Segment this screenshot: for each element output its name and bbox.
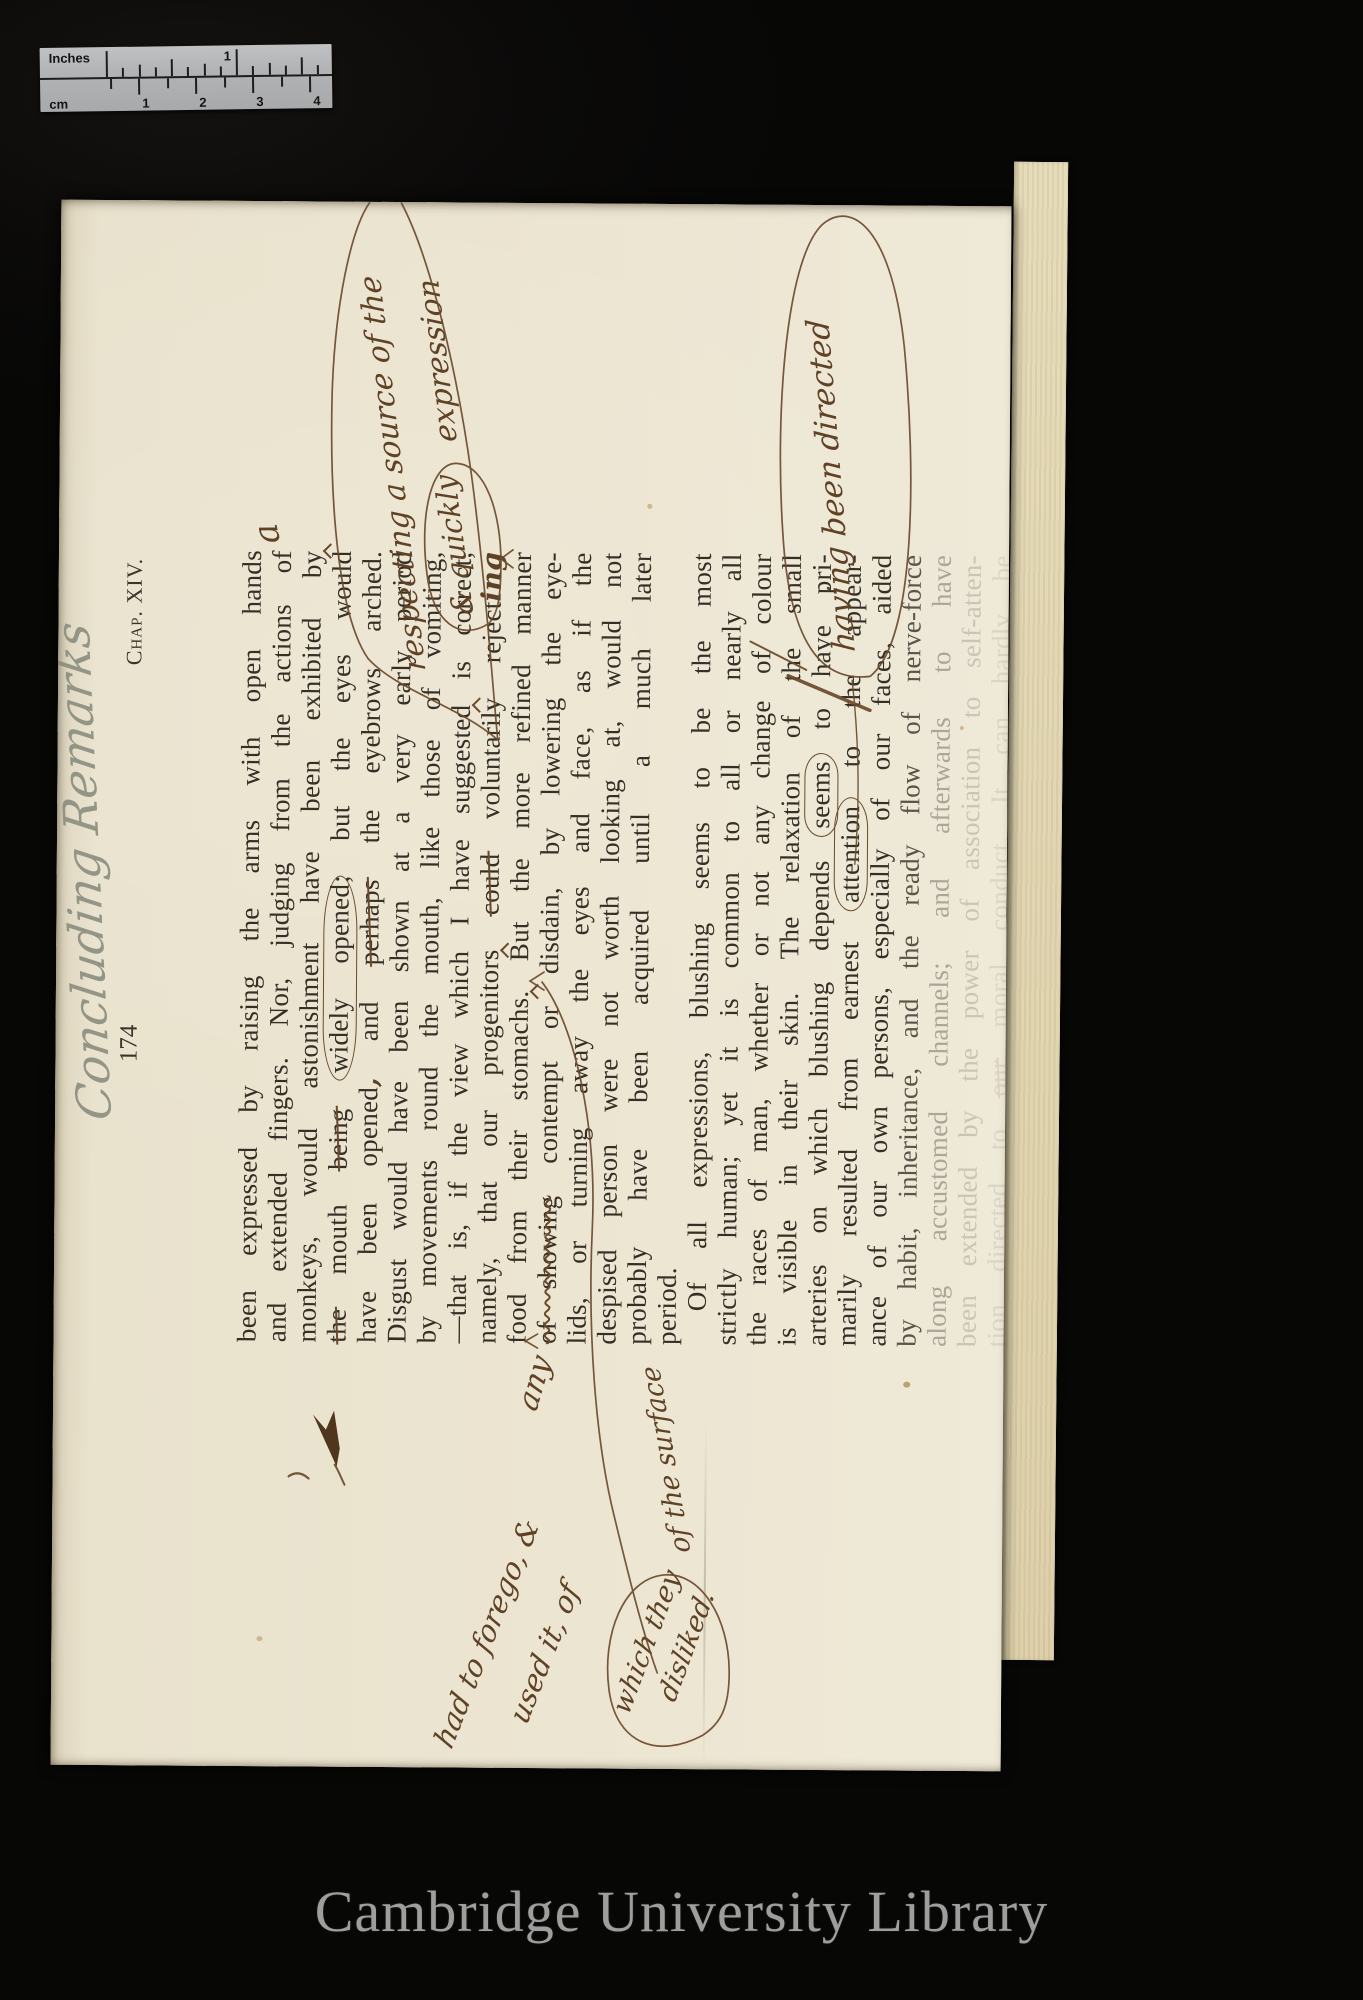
- ruler-tick: [138, 79, 140, 95]
- balloon-respecting-lower: [398, 203, 502, 740]
- balloon-disliked: [607, 1574, 730, 1746]
- ruler-tick: [203, 64, 205, 76]
- ruler-number: 2: [199, 95, 206, 110]
- caret-after-reject: [501, 550, 513, 568]
- ruler-tick: [106, 51, 108, 77]
- ruler-tick: [236, 49, 238, 75]
- margin-arrow-blot: [313, 1410, 340, 1466]
- ruler-number: 3: [256, 94, 263, 109]
- connector-to-margin-note: [537, 982, 662, 1673]
- ruler-tick: [155, 67, 157, 76]
- ruler-tick: [285, 66, 287, 75]
- ruler-tick: [220, 67, 222, 76]
- balloon-having-been-directed: [779, 216, 913, 678]
- ruler-number: 1: [224, 48, 231, 63]
- ruler-inch-ticks: [40, 44, 332, 48]
- ruler-tick: [195, 78, 197, 94]
- ruler-inch-numbers: 12: [40, 44, 332, 48]
- library-caption: Cambridge University Library: [0, 1878, 1363, 1945]
- ruler-number: 4: [313, 93, 320, 108]
- caret-before-food: [525, 1334, 537, 1348]
- ruler-cm-numbers: 12345: [40, 76, 332, 80]
- insertion-slash-bold: [788, 676, 870, 711]
- ruler-tick: [110, 79, 112, 89]
- ruler-tick: [301, 57, 303, 74]
- ruler-inch-scale: Inches 12: [40, 44, 332, 78]
- balloon-quickly: [424, 463, 502, 630]
- ruler-tick: [223, 77, 225, 87]
- scan-background: Inches 12 cm 12345 Concluding Remarks 17…: [0, 0, 1363, 2000]
- ruler-tick: [187, 67, 189, 76]
- ruler-tick: [317, 65, 319, 74]
- ruler-tick: [167, 78, 169, 88]
- insertion-slash: [750, 642, 806, 670]
- ink-balloons-overlay: [51, 200, 1012, 1772]
- ruler-tick: [138, 65, 140, 77]
- ruler-tick: [252, 77, 254, 93]
- ruler-inch-label: Inches: [49, 50, 90, 66]
- ruler-cm-ticks: [40, 76, 332, 80]
- page-content-rotated: Concluding Remarks 174 Chap. XIV. been e…: [51, 200, 1012, 1772]
- manuscript-page: Concluding Remarks 174 Chap. XIV. been e…: [51, 200, 1012, 1772]
- ruler-number: 1: [142, 96, 149, 111]
- ruler-tick: [171, 59, 173, 76]
- ruler-cm-label: cm: [49, 97, 68, 112]
- measurement-ruler: Inches 12 cm 12345: [40, 44, 333, 112]
- ruler-tick: [309, 76, 311, 92]
- ruler-tick: [280, 77, 282, 87]
- ruler-tick: [122, 68, 124, 77]
- ruler-tick: [268, 63, 270, 75]
- ruler-cm-scale: cm 12345: [40, 74, 332, 114]
- margin-mark-tail: [335, 1465, 345, 1485]
- margin-tick: [289, 1473, 309, 1478]
- caret-after-stomachs: [530, 972, 544, 990]
- connector-attention-balloon: [851, 680, 859, 864]
- ruler-tick: [252, 66, 254, 75]
